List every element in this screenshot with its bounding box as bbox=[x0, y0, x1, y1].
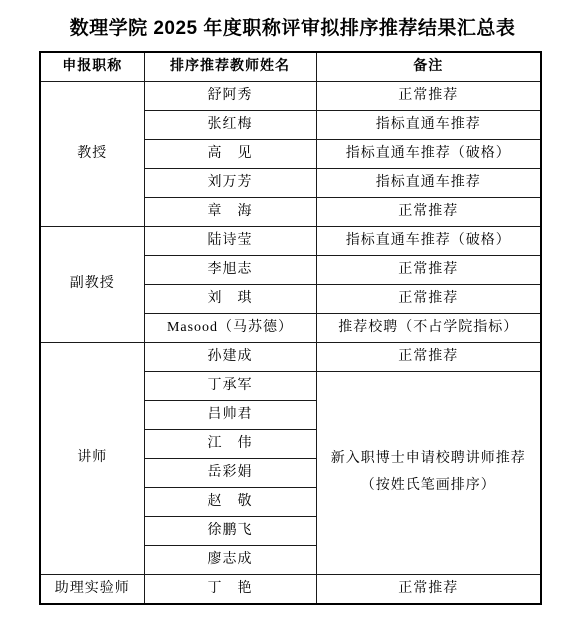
remark-cell: 正常推荐 bbox=[316, 198, 541, 227]
remark-cell: 正常推荐 bbox=[316, 285, 541, 314]
name-cell: 李旭志 bbox=[144, 256, 316, 285]
remark-cell: 指标直通车推荐 bbox=[316, 169, 541, 198]
name-cell: 陆诗莹 bbox=[144, 227, 316, 256]
remark-cell: 正常推荐 bbox=[316, 575, 541, 605]
remark-cell: 推荐校聘（不占学院指标） bbox=[316, 314, 541, 343]
name-cell: 赵 敬 bbox=[144, 488, 316, 517]
merged-remark-cell: 新入职博士申请校聘讲师推荐 （按姓氏笔画排序） bbox=[316, 372, 541, 575]
name-cell: 廖志成 bbox=[144, 546, 316, 575]
name-cell: Masood（马苏德） bbox=[144, 314, 316, 343]
table-row: 教授 舒阿秀 正常推荐 bbox=[40, 82, 541, 111]
table-row: 讲师 孙建成 正常推荐 bbox=[40, 343, 541, 372]
remark-cell: 指标直通车推荐（破格） bbox=[316, 227, 541, 256]
name-cell: 吕帅君 bbox=[144, 401, 316, 430]
col-header-applied-title: 申报职称 bbox=[40, 52, 144, 82]
header-row: 申报职称 排序推荐教师姓名 备注 bbox=[40, 52, 541, 82]
name-cell: 刘 琪 bbox=[144, 285, 316, 314]
remark-cell: 正常推荐 bbox=[316, 343, 541, 372]
remark-cell: 正常推荐 bbox=[316, 256, 541, 285]
name-cell: 高 见 bbox=[144, 140, 316, 169]
name-cell: 舒阿秀 bbox=[144, 82, 316, 111]
name-cell: 江 伟 bbox=[144, 430, 316, 459]
name-cell: 徐鹏飞 bbox=[144, 517, 316, 546]
name-cell: 岳彩娟 bbox=[144, 459, 316, 488]
name-cell: 张红梅 bbox=[144, 111, 316, 140]
name-cell: 丁承军 bbox=[144, 372, 316, 401]
section-cell-assistant-experimentalist: 助理实验师 bbox=[40, 575, 144, 605]
section-cell-lecturer: 讲师 bbox=[40, 343, 144, 575]
name-cell: 章 海 bbox=[144, 198, 316, 227]
recommendation-summary-table: 申报职称 排序推荐教师姓名 备注 教授 舒阿秀 正常推荐 张红梅 指标直通车推荐… bbox=[39, 51, 542, 605]
document-page: 数理学院 2025 年度职称评审拟排序推荐结果汇总表 申报职称 排序推荐教师姓名… bbox=[0, 13, 585, 605]
table-row: 副教授 陆诗莹 指标直通车推荐（破格） bbox=[40, 227, 541, 256]
remark-cell: 指标直通车推荐（破格） bbox=[316, 140, 541, 169]
remark-cell: 正常推荐 bbox=[316, 82, 541, 111]
name-cell: 丁 艳 bbox=[144, 575, 316, 605]
page-title: 数理学院 2025 年度职称评审拟排序推荐结果汇总表 bbox=[0, 13, 585, 40]
name-cell: 刘万芳 bbox=[144, 169, 316, 198]
section-cell-professor: 教授 bbox=[40, 82, 144, 227]
name-cell: 孙建成 bbox=[144, 343, 316, 372]
table-row: 助理实验师 丁 艳 正常推荐 bbox=[40, 575, 541, 605]
col-header-teacher-name: 排序推荐教师姓名 bbox=[144, 52, 316, 82]
remark-cell: 指标直通车推荐 bbox=[316, 111, 541, 140]
section-cell-associate-professor: 副教授 bbox=[40, 227, 144, 343]
col-header-remark: 备注 bbox=[316, 52, 541, 82]
